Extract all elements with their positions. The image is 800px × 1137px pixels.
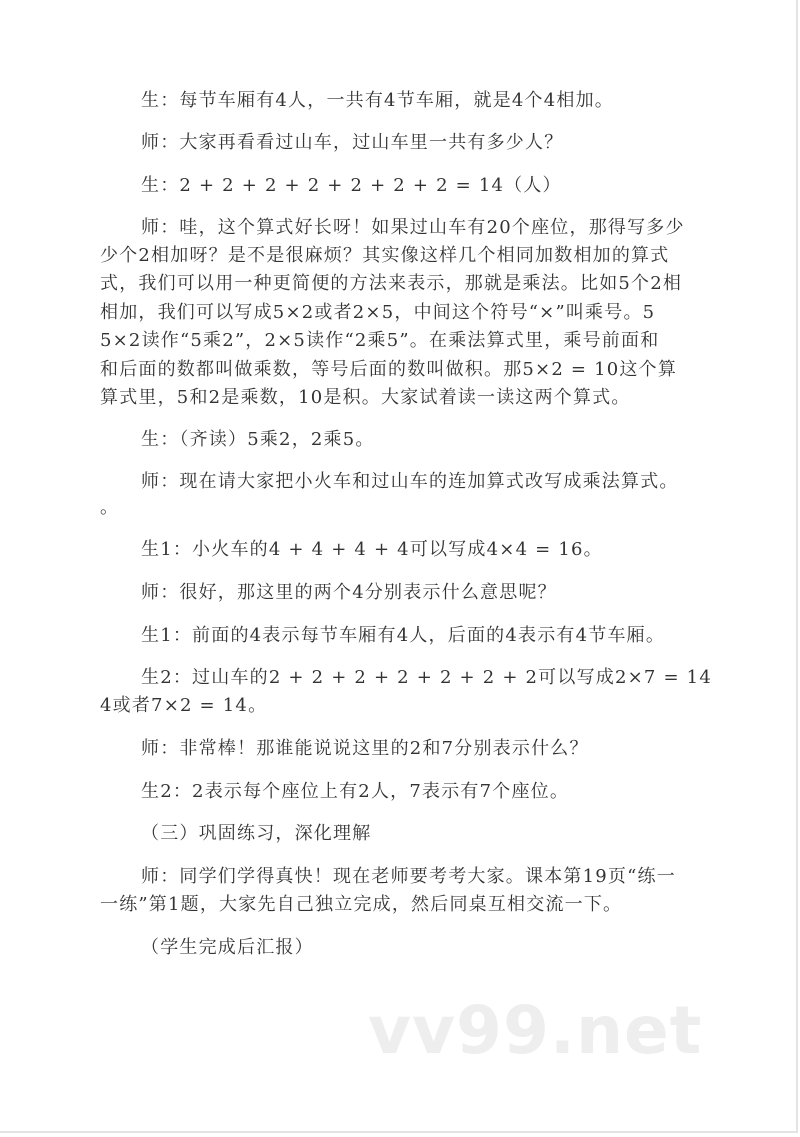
section-heading: （三）巩固练习，深化理解 [141, 820, 371, 848]
dialogue-line-continuation: 4或者7×2 = 14。 [100, 692, 267, 720]
paragraph-line: 少个2相加呀？是不是很麻烦？其实像这样几个相同加数相加的算式 [100, 242, 669, 270]
paragraph-line: 算式里，5和2是乘数，10是积。大家试着读一读这两个算式。 [100, 384, 631, 412]
document-page: 生：每节车厢有4人，一共有4节车厢，就是4个4相加。 师：大家再看看过山车，过山… [0, 0, 798, 1133]
paragraph-line: 和后面的数都叫做乘数，等号后面的数叫做积。那5×2 = 10这个算 [100, 356, 677, 384]
dialogue-line-student: 生：（齐读）5乘2，2乘5。 [141, 426, 375, 454]
watermark: vv99.net [368, 998, 702, 1064]
paragraph-line: 5×2读作“5乘2”，2×5读作“2乘5”。在乘法算式里，乘号前面和 [100, 327, 659, 355]
paragraph-line: 师：哇，这个算式好长呀！如果过山车有20个座位，那得写多少 [141, 214, 685, 242]
dialogue-line-student: 生2：过山车的2 + 2 + 2 + 2 + 2 + 2 + 2可以写成2×7 … [141, 664, 712, 692]
dialogue-line-teacher: 师：同学们学得真快！现在老师要考考大家。课本第19页“练一 [141, 863, 676, 891]
dialogue-line-student: 生1：前面的4表示每节车厢有4人，后面的4表示有4节车厢。 [141, 622, 665, 650]
stage-direction: （学生完成后汇报） [141, 934, 314, 962]
dialogue-line-teacher: 师：大家再看看过山车，过山车里一共有多少人？ [141, 129, 563, 157]
dialogue-line-continuation: 。 [100, 494, 119, 522]
paragraph-line: 式，我们可以用一种更简便的方法来表示，那就是乘法。比如5个2相 [100, 270, 682, 298]
dialogue-line-student: 生：每节车厢有4人，一共有4节车厢，就是4个4相加。 [141, 87, 614, 115]
dialogue-line-student: 生2：2表示每个座位上有2人，7表示有7个座位。 [141, 778, 569, 806]
dialogue-line-continuation: 一练”第1题，大家先自己独立完成，然后同桌互相交流一下。 [100, 891, 622, 919]
dialogue-line-teacher: 师：很好，那这里的两个4分别表示什么意思呢？ [141, 579, 557, 607]
paragraph-line: 相加，我们可以写成5×2或者2×5，中间这个符号“×”叫乘号。5 [100, 299, 655, 327]
dialogue-line-teacher: 师：非常棒！那谁能说说这里的2和7分别表示什么？ [141, 735, 589, 763]
dialogue-line-student: 生：2 + 2 + 2 + 2 + 2 + 2 + 2 = 14（人） [141, 172, 562, 200]
dialogue-line-teacher: 师：现在请大家把小火车和过山车的连加算式改写成乘法算式。 [141, 468, 679, 496]
dialogue-line-student: 生1：小火车的4 + 4 + 4 + 4可以写成4×4 = 16。 [141, 536, 603, 564]
